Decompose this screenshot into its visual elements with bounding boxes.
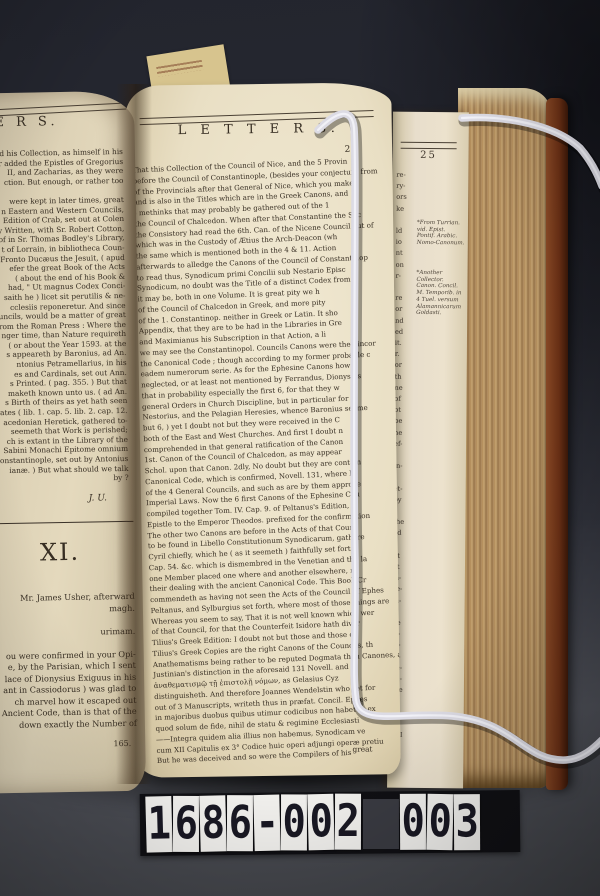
cord [0, 0, 600, 896]
cord-shadow [464, 120, 600, 189]
cord-highlight [356, 700, 600, 760]
cord-shadow [358, 703, 600, 763]
cord-segment-loop [356, 700, 600, 760]
cord-segment-top-right [462, 117, 600, 186]
cord-highlight [318, 114, 356, 700]
cord-segment-vertical [318, 114, 356, 700]
